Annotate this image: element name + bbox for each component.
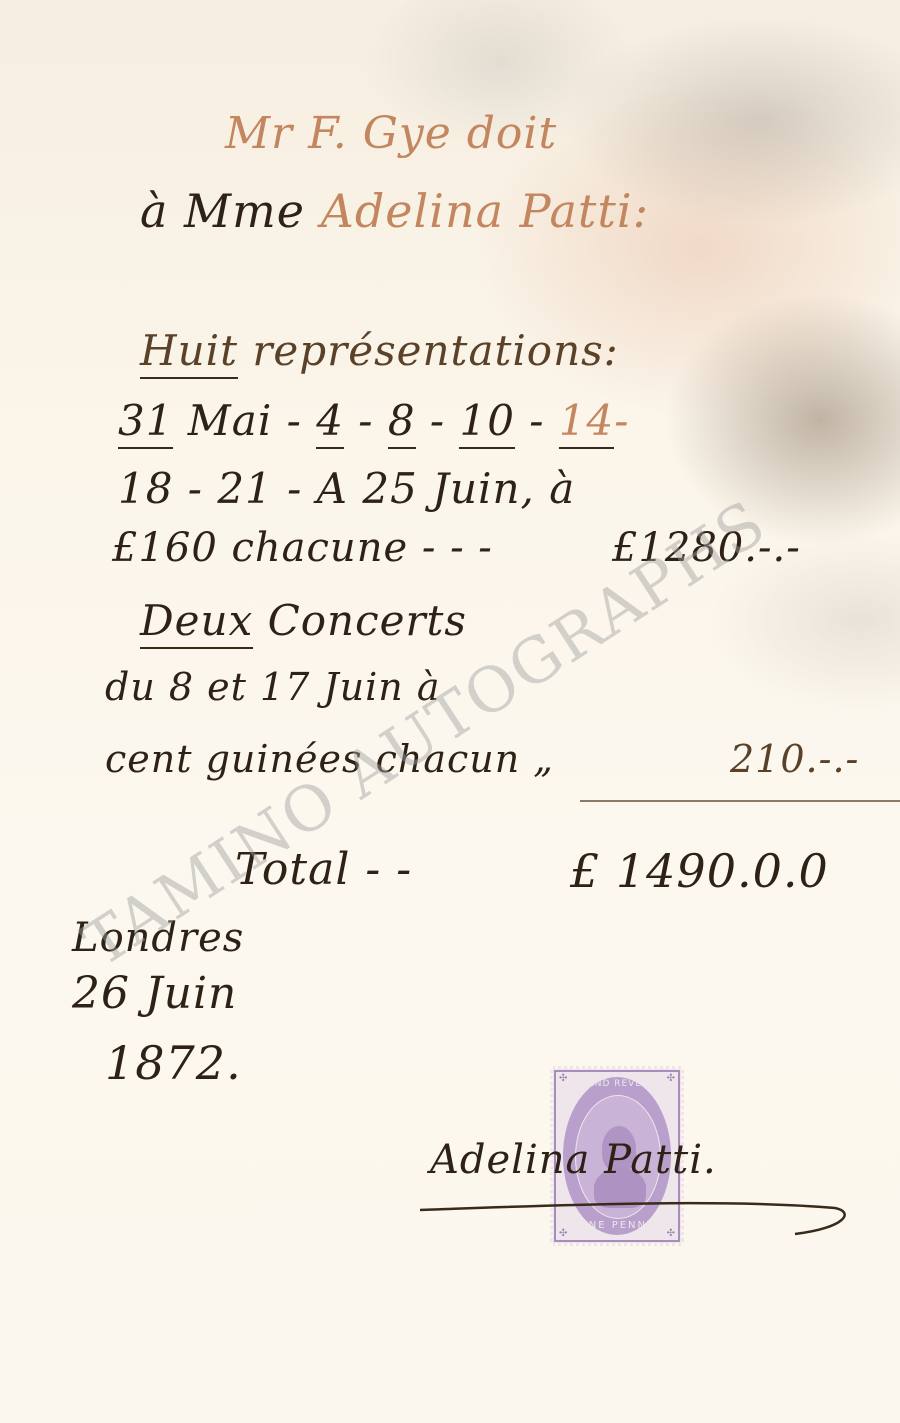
item-performances-label: représentations: (238, 326, 619, 375)
date-8: 8 (388, 396, 416, 449)
item-performances-dates-2: 18 - 21 - A 25 Juin, à (118, 468, 575, 510)
date-sep: - (515, 396, 559, 445)
item-performances-rate: £160 chacune - - - (112, 528, 493, 568)
item-concerts-count: Deux (140, 596, 253, 649)
signature: Adelina Patti. (430, 1140, 717, 1180)
item-performances-heading: Huit représentations: (140, 330, 619, 372)
date-sep: - (344, 396, 388, 445)
header-debtor-line: Mr F. Gye doit (225, 112, 557, 156)
date-10: 10 (459, 396, 514, 449)
item-concerts-dates: du 8 et 17 Juin à (105, 668, 440, 706)
date: 26 Juin (72, 972, 237, 1016)
date-4: 4 (316, 396, 344, 449)
item-performances-count: Huit (140, 326, 238, 379)
total-amount: £ 1490.0.0 (570, 848, 829, 894)
date-31: 31 (118, 396, 173, 449)
date-sep: - (614, 396, 629, 445)
header-creditor-name: Adelina Patti: (321, 184, 649, 238)
year: 1872. (105, 1040, 242, 1086)
item-performances-dates-1: 31 Mai - 4 - 8 - 10 - 14- (118, 400, 629, 442)
header-creditor-line: à Mme Adelina Patti: (140, 188, 649, 234)
item-concerts-heading: Deux Concerts (140, 600, 467, 642)
sum-divider (580, 800, 900, 802)
stamp-top-text: INLAND REVENUE (563, 1079, 671, 1089)
date-sep: Mai - (173, 396, 316, 445)
item-concerts-amount: 210.-.- (730, 740, 859, 778)
header-debtor-text: Mr F. Gye doit (225, 108, 557, 159)
date-sep: - (416, 396, 460, 445)
date-14: 14 (559, 396, 614, 449)
document-page: Mr F. Gye doit à Mme Adelina Patti: Huit… (0, 0, 900, 1423)
header-creditor-prefix: à Mme (140, 184, 305, 238)
signature-flourish-icon (415, 1190, 855, 1240)
item-concerts-label: Concerts (253, 596, 467, 645)
